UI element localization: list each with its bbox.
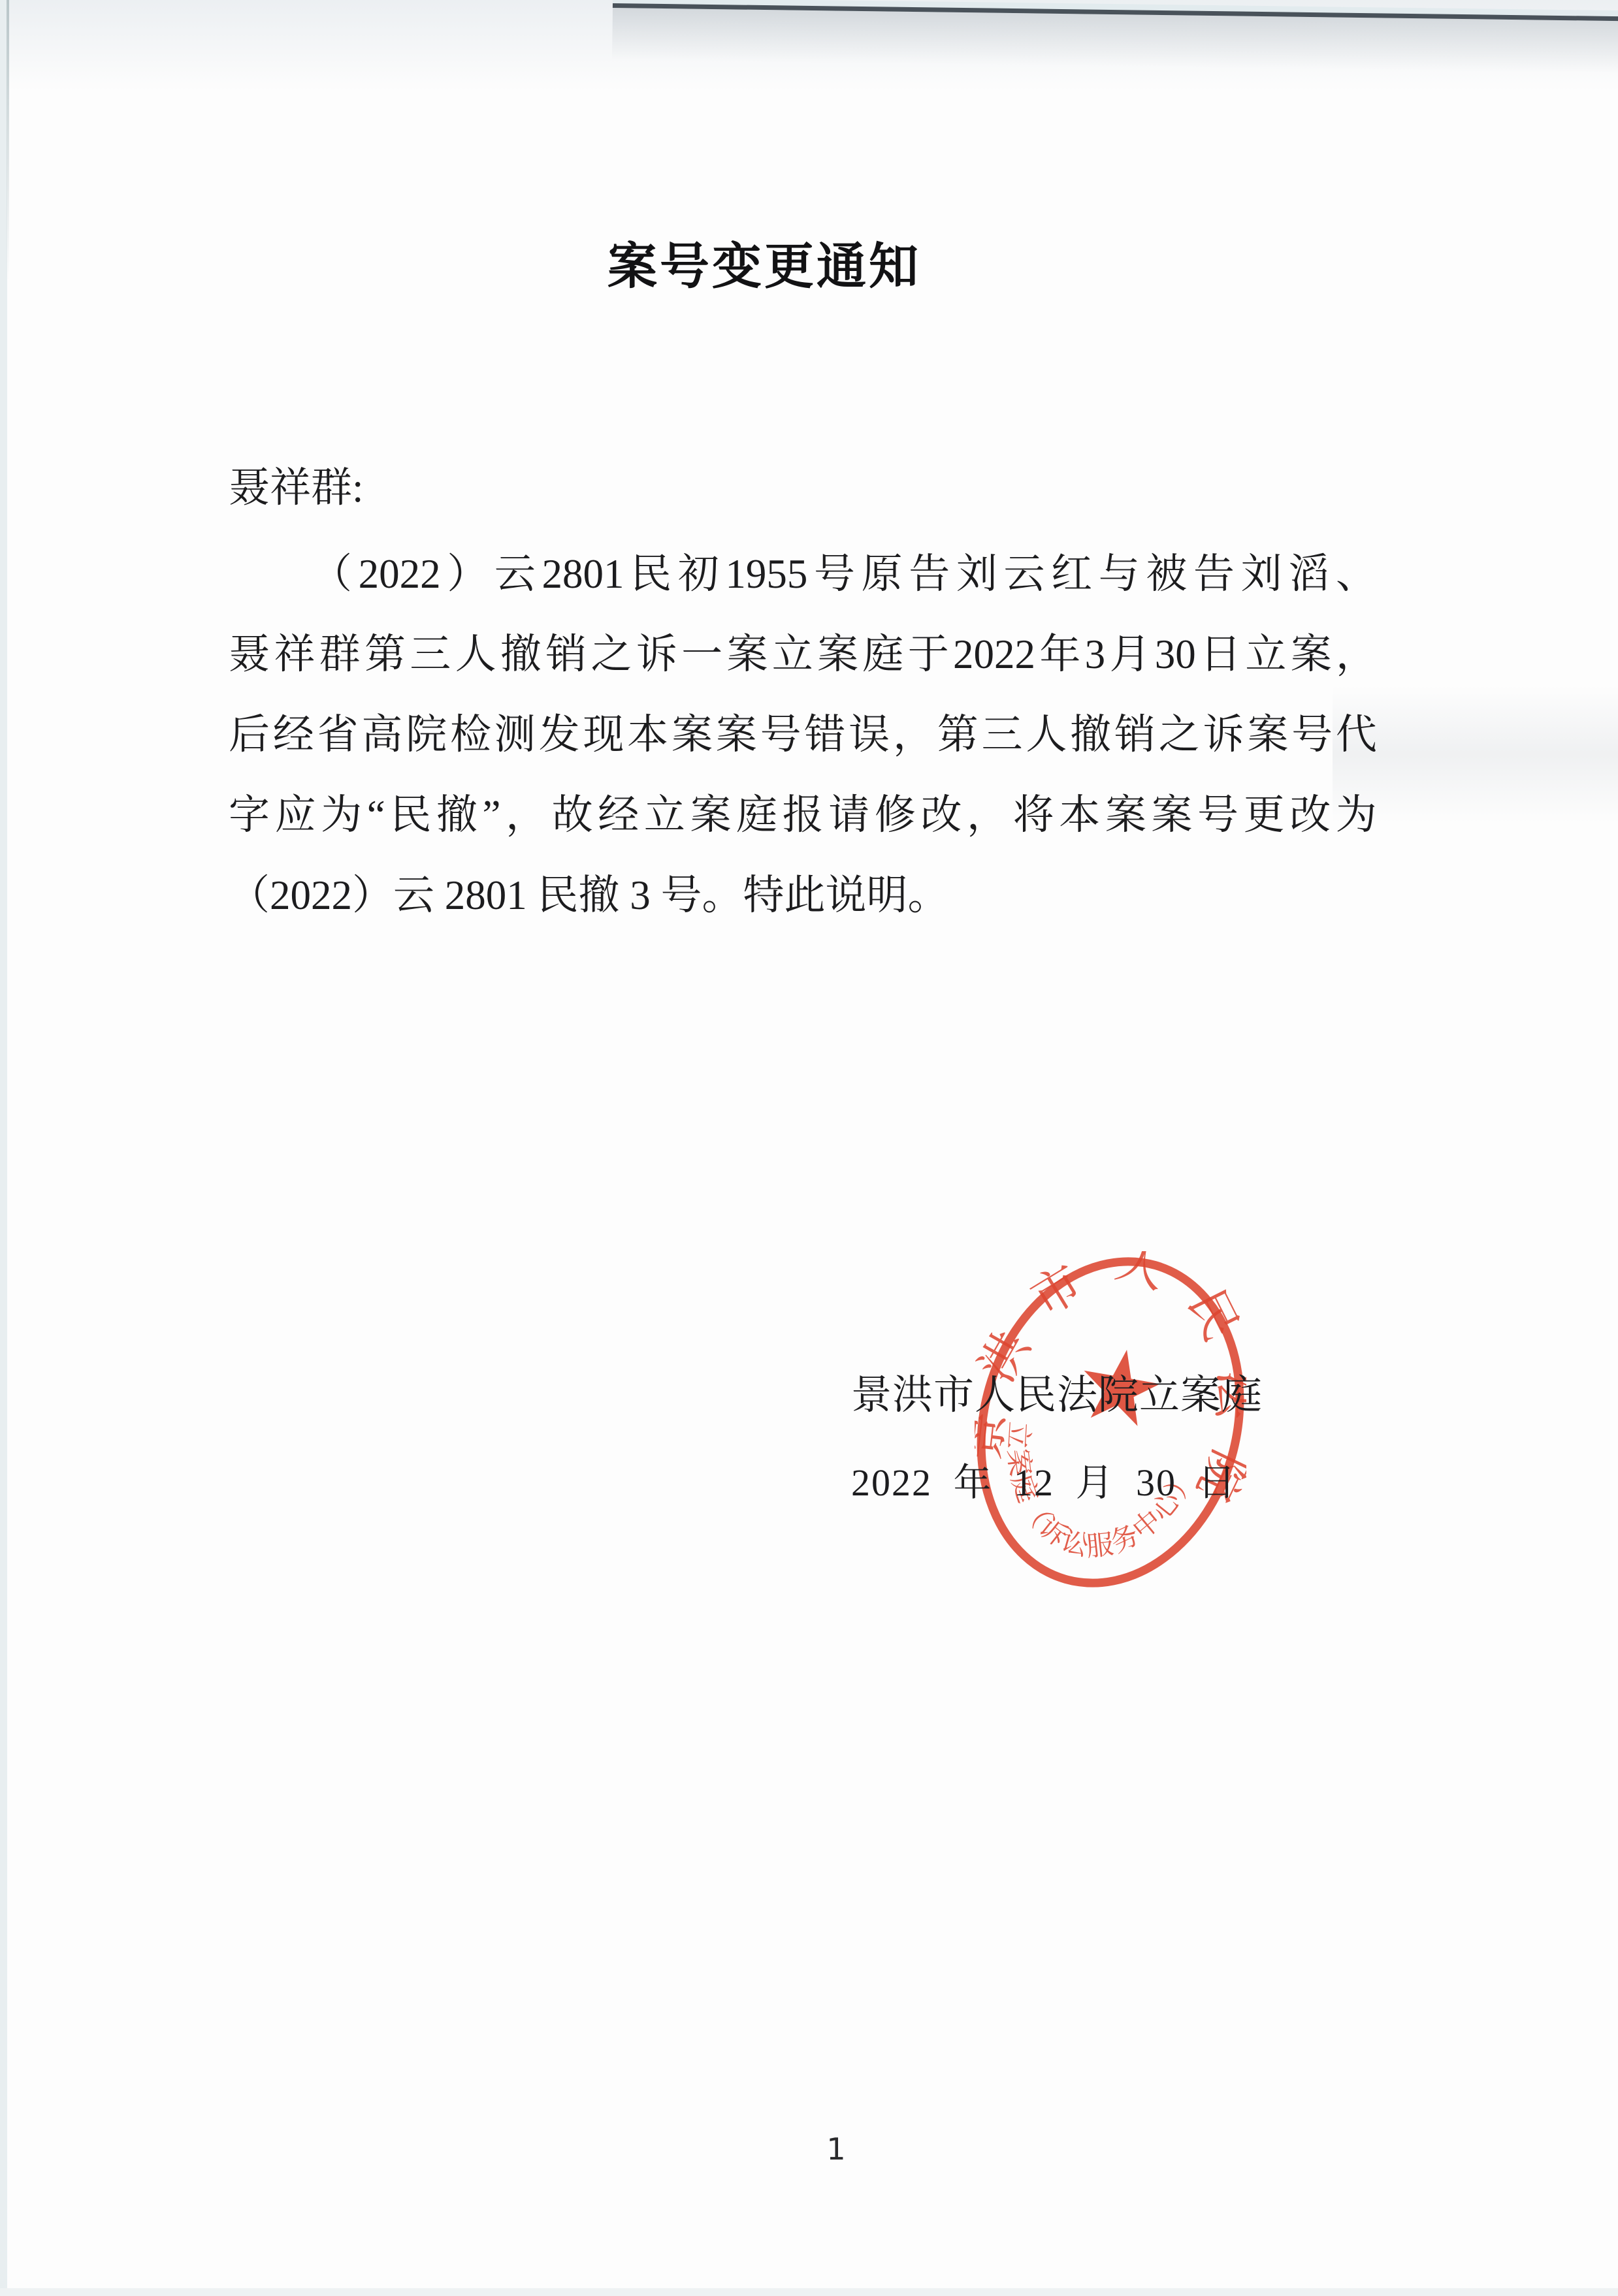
scanned-document-page: { "doc": { "title": "案号变更通知", "salutatio… xyxy=(0,0,1618,2296)
paragraph-line: 后经省高院检测发现本案案号错误，第三人撤销之诉案号代 xyxy=(229,695,1377,775)
paragraph-line: （2022）云2801民初1955号原告刘云红与被告刘滔、 xyxy=(229,534,1377,614)
paragraph-line: （2022）云 2801 民撤 3 号。特此说明。 xyxy=(229,855,1377,936)
seal-ring xyxy=(975,1251,1246,1593)
salutation: 聂祥群: xyxy=(229,448,1377,528)
scan-left-margin-strip xyxy=(0,0,7,2296)
court-seal: 景洪市人民法院 立案庭（诉讼服务中心） xyxy=(975,1251,1246,1593)
body-paragraph: （2022）云2801民初1955号原告刘云红与被告刘滔、 聂祥群第三人撤销之诉… xyxy=(229,534,1377,936)
scan-bottom-edge xyxy=(0,2288,1618,2296)
scan-top-wash xyxy=(0,0,1618,91)
signature-line: 景洪市人民法院立案庭 xyxy=(851,1373,1282,1418)
page-number: 1 xyxy=(815,2131,857,2167)
scan-top-edge-shadow xyxy=(612,8,1618,73)
date-line: 2022 年 12 月 30 日 xyxy=(851,1461,1282,1505)
scan-left-page-edge xyxy=(7,0,9,281)
page-title: 案号变更通知 xyxy=(190,238,1338,297)
scan-top-edge-line xyxy=(613,3,1618,21)
paragraph-line: 字应为“民撤”，故经立案庭报请修改，将本案案号更改为 xyxy=(229,775,1377,855)
paragraph-line: 聂祥群第三人撤销之诉一案立案庭于2022年3月30日立案， xyxy=(229,614,1377,695)
scan-top-edge-highlight xyxy=(613,0,1618,17)
